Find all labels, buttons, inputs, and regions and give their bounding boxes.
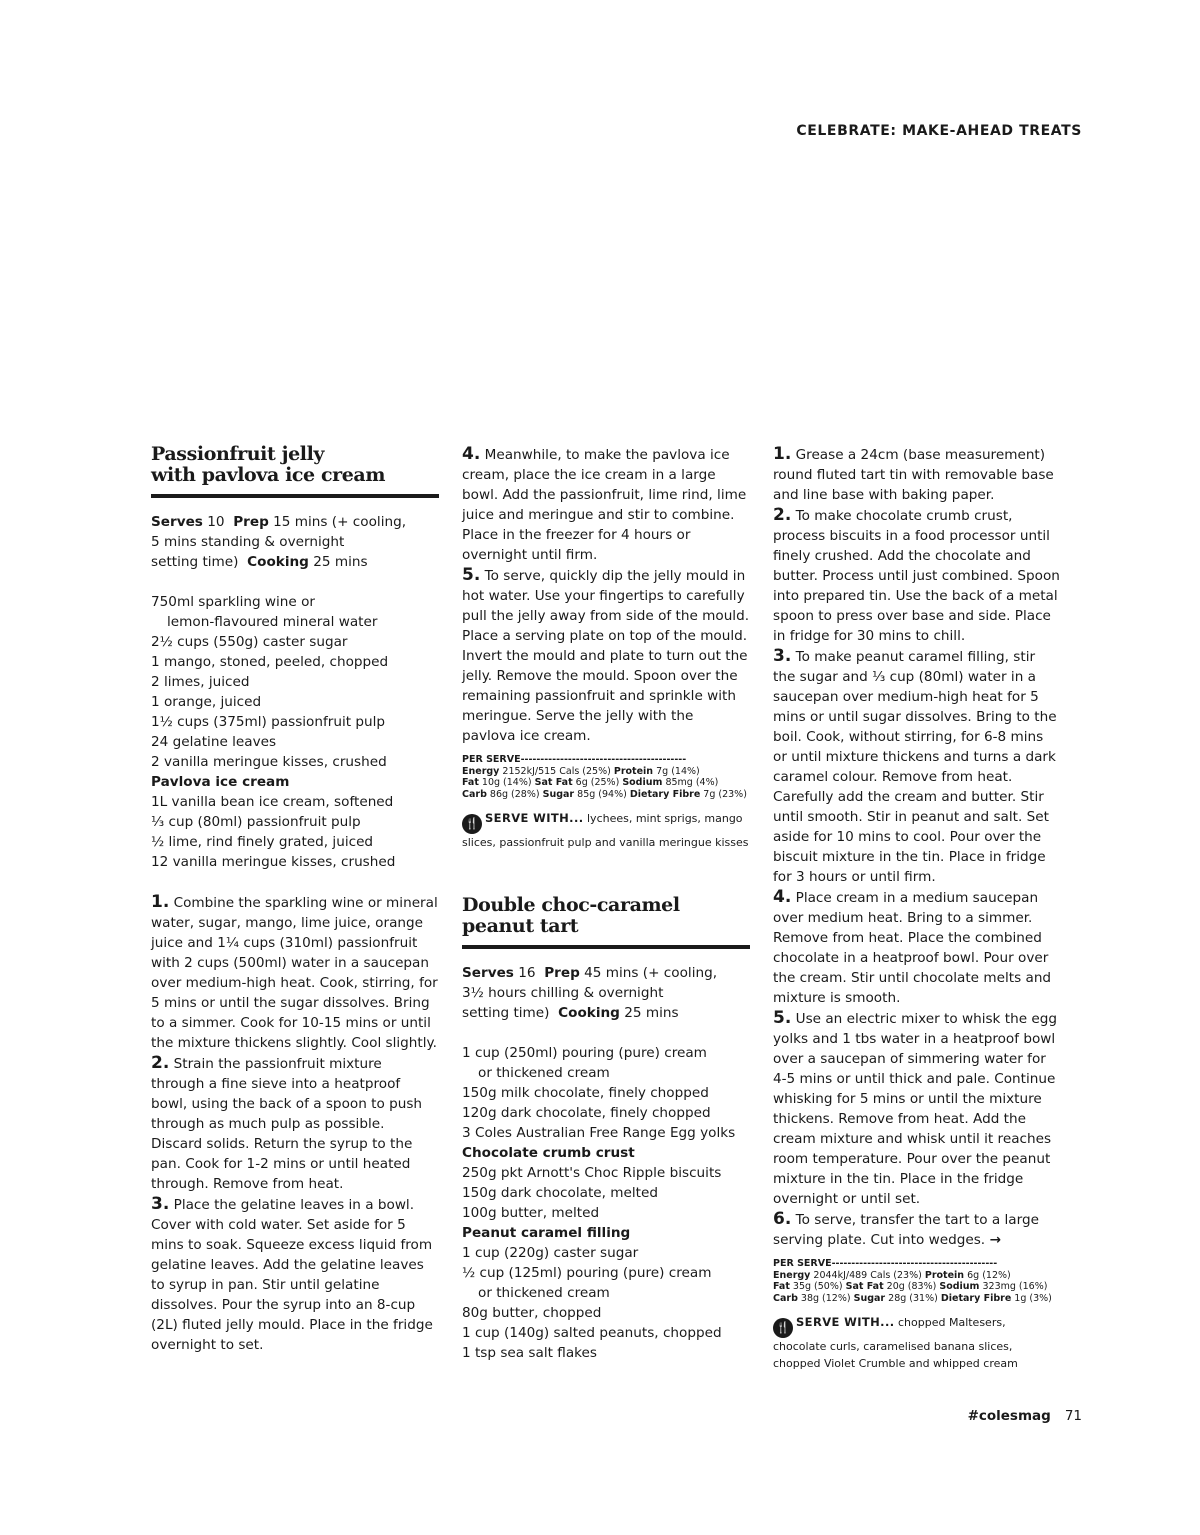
cooking-label: Cooking: [558, 1005, 620, 1021]
section-header: CELEBRATE: MAKE-AHEAD TREATS: [796, 123, 1082, 139]
nutrient-value: 6g (25%): [576, 777, 620, 788]
nutrient-value: 2152kJ/515 Cals (25%): [502, 766, 610, 777]
serves-label: Serves: [151, 514, 203, 530]
method-step: 2. Strain the passionfruit mixture throu…: [151, 1053, 439, 1194]
ingredient: 1 cup (220g) caster sugar: [462, 1243, 750, 1263]
column-1: Passionfruit jelly with pavlova ice crea…: [151, 444, 439, 1355]
nutrient-value: 86g (28%): [490, 789, 540, 800]
ingredient: 2 limes, juiced: [151, 672, 439, 692]
page-footer: #colesmag71: [968, 1408, 1082, 1424]
nutrient-label: Energy: [462, 766, 499, 777]
recipe2-ingredients: 1 cup (250ml) pouring (pure) cream or th…: [462, 1043, 750, 1363]
method-step: 5. To serve, quickly dip the jelly mould…: [462, 565, 750, 746]
ingredient-subheading: Pavlova ice cream: [151, 772, 439, 792]
serve-with-label: SERVE WITH...: [485, 811, 584, 825]
recipe1-meta: Serves 10 Prep 15 mins (+ cooling, 5 min…: [151, 512, 439, 572]
recipe1-title: Passionfruit jelly with pavlova ice crea…: [151, 444, 439, 486]
step-number: 3.: [151, 1194, 169, 1214]
nutrient-value: 1g (3%): [1014, 1293, 1052, 1304]
ingredient: 150g dark chocolate, melted: [462, 1183, 750, 1203]
cutlery-icon: 🍴: [462, 814, 482, 834]
hashtag: #colesmag: [968, 1408, 1051, 1424]
ingredient: 1 tsp sea salt flakes: [462, 1343, 750, 1363]
method-step: 4. Meanwhile, to make the pavlova ice cr…: [462, 444, 750, 565]
nutrient-value: 323mg (16%): [982, 1281, 1047, 1292]
serve-with-label: SERVE WITH...: [796, 1315, 895, 1329]
ingredient: 3 Coles Australian Free Range Egg yolks: [462, 1123, 750, 1143]
nutrient-label: Sugar: [854, 1293, 886, 1304]
recipe1-title-line2: with pavlova ice cream: [151, 465, 439, 486]
ingredient: 2 vanilla meringue kisses, crushed: [151, 752, 439, 772]
ingredient: 12 vanilla meringue kisses, crushed: [151, 852, 439, 872]
recipe1-ingredients: 750ml sparkling wine or lemon-flavoured …: [151, 592, 439, 872]
step-number: 2.: [151, 1053, 169, 1073]
step-number: 5.: [773, 1008, 791, 1028]
step-number: 2.: [773, 505, 791, 525]
prep-line3: setting time): [151, 554, 238, 570]
recipe2-meta: Serves 16 Prep 45 mins (+ cooling, 3½ ho…: [462, 963, 750, 1023]
nutrient-value: 7g (14%): [656, 766, 700, 777]
nutrient-label: Sodium: [622, 777, 662, 788]
ingredient: 1½ cups (375ml) passionfruit pulp: [151, 712, 439, 732]
nutrition-heading: PER SERVE: [773, 1258, 832, 1269]
nutrient-value: 7g (23%): [703, 789, 747, 800]
column-2: 4. Meanwhile, to make the pavlova ice cr…: [462, 444, 750, 1363]
step-text: Strain the passionfruit mixture through …: [151, 1056, 422, 1192]
step-text: To make chocolate crumb crust, process b…: [773, 508, 1060, 644]
method-step: 4. Place cream in a medium saucepan over…: [773, 887, 1061, 1008]
nutrient-label: Dietary Fibre: [941, 1293, 1011, 1304]
step-number: 6.: [773, 1209, 791, 1229]
method-step: 3. To make peanut caramel filling, stir …: [773, 646, 1061, 887]
recipe1-nutrition: PER SERVE-------------------------------…: [462, 754, 750, 800]
cooking-value: 25 mins: [624, 1005, 678, 1021]
method-step: 3. Place the gelatine leaves in a bowl. …: [151, 1194, 439, 1355]
nutrient-value: 10g (14%): [482, 777, 532, 788]
ingredient: 250g pkt Arnott's Choc Ripple biscuits: [462, 1163, 750, 1183]
ingredient: 750ml sparkling wine or: [151, 592, 439, 612]
step-number: 1.: [773, 444, 791, 464]
title-rule: [151, 494, 439, 498]
recipe1-method-cont: 4. Meanwhile, to make the pavlova ice cr…: [462, 444, 750, 746]
step-text: Place cream in a medium saucepan over me…: [773, 890, 1051, 1006]
method-step: 6. To serve, transfer the tart to a larg…: [773, 1209, 1061, 1250]
method-step: 2. To make chocolate crumb crust, proces…: [773, 505, 1061, 646]
nutrient-label: Carb: [462, 789, 487, 800]
ingredient: 120g dark chocolate, finely chopped: [462, 1103, 750, 1123]
ingredient: 1 orange, juiced: [151, 692, 439, 712]
ingredient: 1 mango, stoned, peeled, chopped: [151, 652, 439, 672]
ingredient: 1 cup (250ml) pouring (pure) cream: [462, 1043, 750, 1063]
recipe2-title: Double choc-caramel peanut tart: [462, 895, 750, 937]
ingredient: 150g milk chocolate, finely chopped: [462, 1083, 750, 1103]
ingredient: 1L vanilla bean ice cream, softened: [151, 792, 439, 812]
ingredient: or thickened cream: [462, 1063, 750, 1083]
ingredient: ⅓ cup (80ml) passionfruit pulp: [151, 812, 439, 832]
serves-value: 16: [518, 965, 535, 981]
recipe1-method: 1. Combine the sparkling wine or mineral…: [151, 892, 439, 1355]
ingredient: lemon-flavoured mineral water: [151, 612, 439, 632]
nutrient-label: Sodium: [939, 1281, 979, 1292]
serves-value: 10: [207, 514, 224, 530]
ingredient: ½ cup (125ml) pouring (pure) cream: [462, 1263, 750, 1283]
recipe2-title-line2: peanut tart: [462, 916, 750, 937]
nutrient-label: Protein: [614, 766, 653, 777]
step-text: Place the gelatine leaves in a bowl. Cov…: [151, 1197, 433, 1353]
step-number: 1.: [151, 892, 169, 912]
step-text: Use an electric mixer to whisk the egg y…: [773, 1011, 1057, 1207]
nutrient-value: 85mg (4%): [665, 777, 718, 788]
step-number: 3.: [773, 646, 791, 666]
nutrient-value: 20g (83%): [887, 1281, 937, 1292]
step-number: 4.: [773, 887, 791, 907]
recipe2-nutrition: PER SERVE-------------------------------…: [773, 1258, 1061, 1304]
title-rule: [462, 945, 750, 949]
step-text: Meanwhile, to make the pavlova ice cream…: [462, 447, 746, 563]
step-number: 5.: [462, 565, 480, 585]
ingredient: or thickened cream: [462, 1283, 750, 1303]
prep-value: 45 mins (+ cooling,: [584, 965, 717, 981]
ingredient: 100g butter, melted: [462, 1203, 750, 1223]
cooking-value: 25 mins: [313, 554, 367, 570]
ingredient: 2½ cups (550g) caster sugar: [151, 632, 439, 652]
cutlery-icon: 🍴: [773, 1318, 793, 1338]
prep-label: Prep: [233, 514, 269, 530]
step-text: To serve, quickly dip the jelly mould in…: [462, 568, 749, 744]
method-step: 1. Grease a 24cm (base measurement) roun…: [773, 444, 1061, 505]
nutrient-label: Protein: [925, 1270, 964, 1281]
nutrient-label: Fat: [773, 1281, 790, 1292]
nutrient-label: Sat Fat: [846, 1281, 884, 1292]
nutrient-value: 85g (94%): [577, 789, 627, 800]
step-text: Grease a 24cm (base measurement) round f…: [773, 447, 1054, 503]
ingredient: 1 cup (140g) salted peanuts, chopped: [462, 1323, 750, 1343]
nutrient-label: Dietary Fibre: [630, 789, 700, 800]
ingredient: 80g butter, chopped: [462, 1303, 750, 1323]
prep-line2: 3½ hours chilling & overnight: [462, 983, 750, 1003]
prep-line3: setting time): [462, 1005, 549, 1021]
recipe1-serve-with: 🍴SERVE WITH... lychees, mint sprigs, man…: [462, 810, 750, 851]
cooking-label: Cooking: [247, 554, 309, 570]
nutrient-label: Energy: [773, 1270, 810, 1281]
continue-arrow-icon: →: [989, 1232, 1000, 1248]
recipe2-serve-with: 🍴SERVE WITH... chopped Maltesers, chocol…: [773, 1314, 1061, 1372]
nutrient-value: 38g (12%): [801, 1293, 851, 1304]
recipe1-title-line1: Passionfruit jelly: [151, 444, 439, 465]
recipe2-method: 1. Grease a 24cm (base measurement) roun…: [773, 444, 1061, 1250]
prep-line2: 5 mins standing & overnight: [151, 532, 439, 552]
nutrient-value: 6g (12%): [967, 1270, 1011, 1281]
page-number: 71: [1065, 1408, 1082, 1424]
ingredient-subheading: Chocolate crumb crust: [462, 1143, 750, 1163]
step-text: Combine the sparkling wine or mineral wa…: [151, 895, 438, 1051]
method-step: 5. Use an electric mixer to whisk the eg…: [773, 1008, 1061, 1209]
ingredient: 24 gelatine leaves: [151, 732, 439, 752]
nutrient-label: Carb: [773, 1293, 798, 1304]
column-3: 1. Grease a 24cm (base measurement) roun…: [773, 444, 1061, 1372]
prep-label: Prep: [544, 965, 580, 981]
nutrient-label: Sugar: [543, 789, 575, 800]
recipe2-title-line1: Double choc-caramel: [462, 895, 750, 916]
step-number: 4.: [462, 444, 480, 464]
nutrient-value: 35g (50%): [793, 1281, 843, 1292]
nutrient-value: 28g (31%): [888, 1293, 938, 1304]
method-step: 1. Combine the sparkling wine or mineral…: [151, 892, 439, 1053]
ingredient-subheading: Peanut caramel filling: [462, 1223, 750, 1243]
nutrient-label: Fat: [462, 777, 479, 788]
nutrition-heading: PER SERVE: [462, 754, 521, 765]
nutrient-value: 2044kJ/489 Cals (23%): [813, 1270, 921, 1281]
prep-value: 15 mins (+ cooling,: [273, 514, 406, 530]
ingredient: ½ lime, rind finely grated, juiced: [151, 832, 439, 852]
serves-label: Serves: [462, 965, 514, 981]
step-text: To make peanut caramel filling, stir the…: [773, 649, 1057, 885]
nutrient-label: Sat Fat: [535, 777, 573, 788]
